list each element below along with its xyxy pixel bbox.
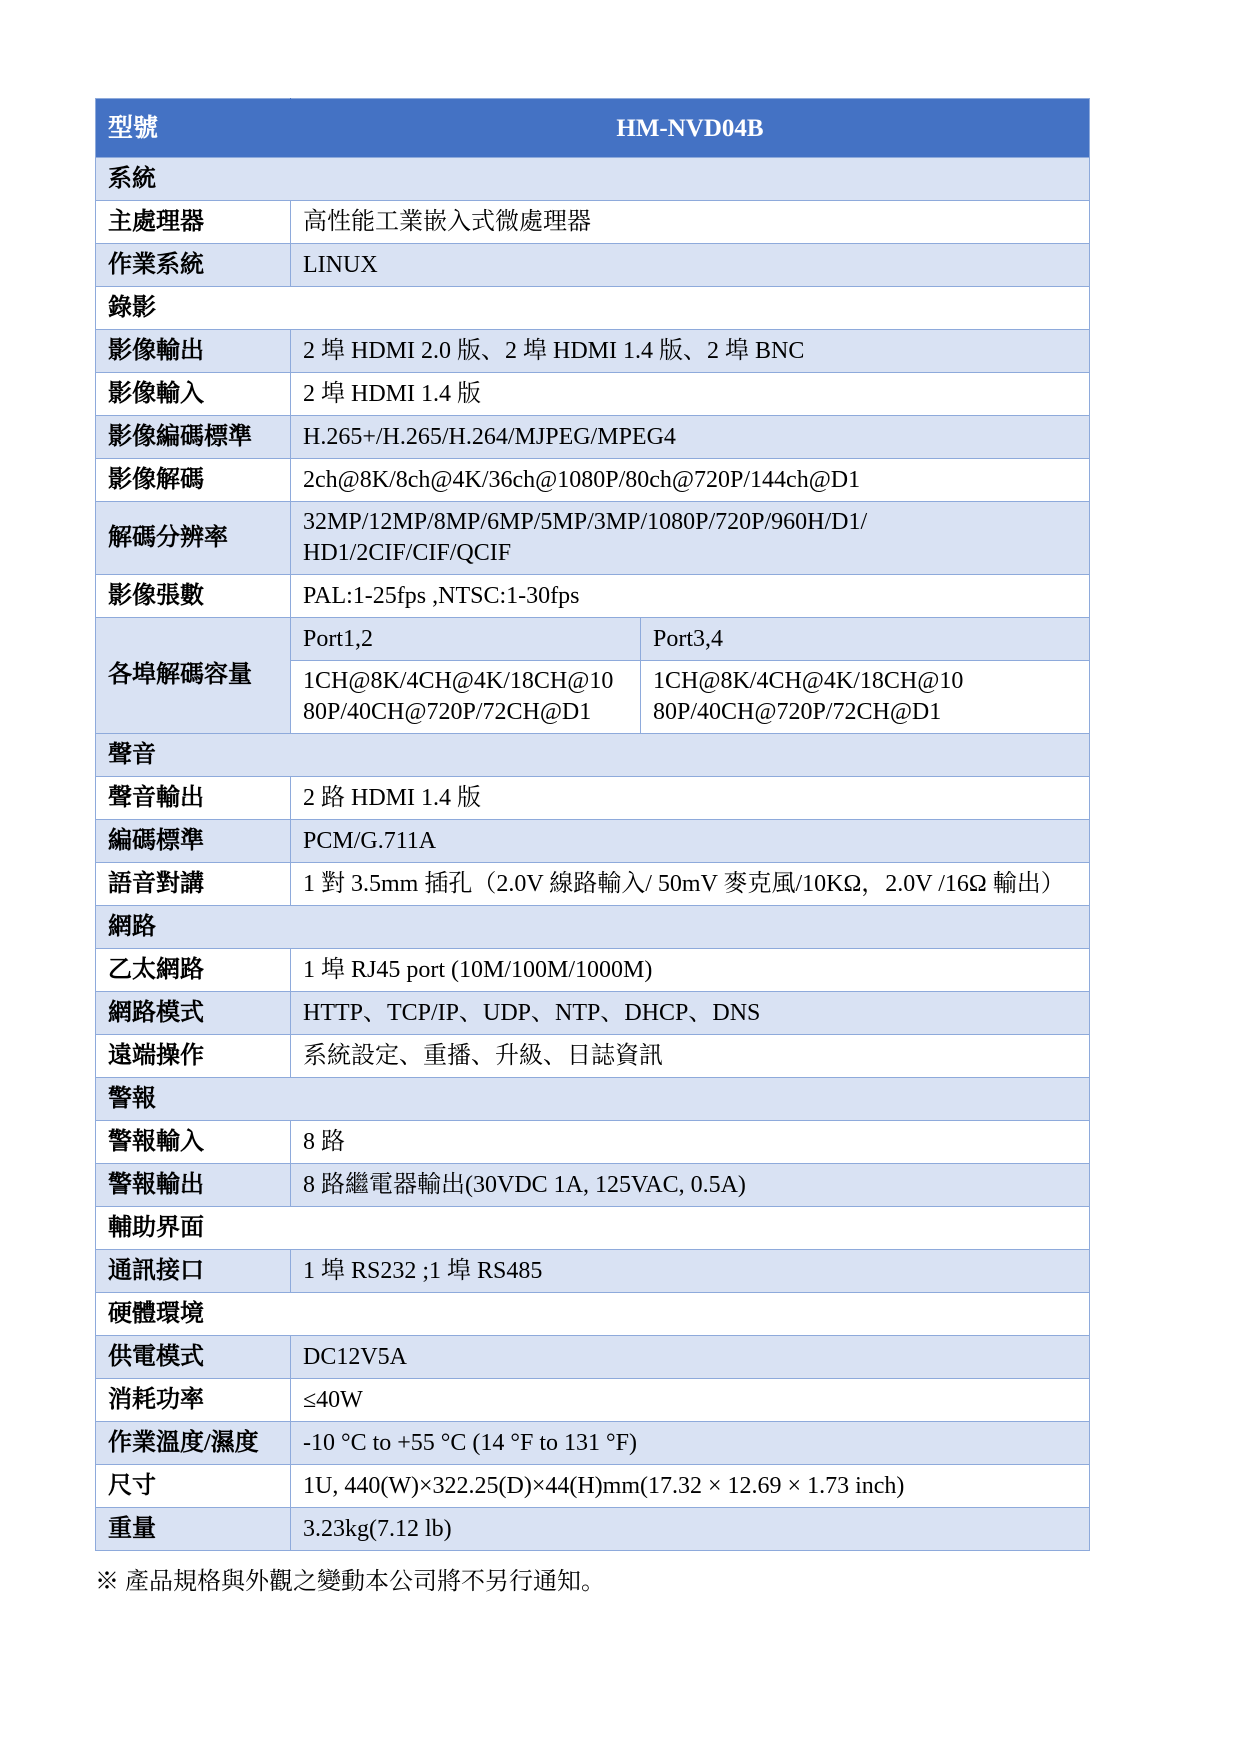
spec-row: 遠端操作系統設定、重播、升級、日誌資訊: [96, 1035, 1090, 1078]
spec-value: 1 對 3.5mm 插孔（2.0V 線路輸入/ 50mV 麥克風/10KΩ，2.…: [291, 863, 1090, 906]
spec-value: LINUX: [291, 244, 1090, 287]
section-title: 警報: [96, 1078, 1090, 1121]
spec-label: 各埠解碼容量: [96, 618, 291, 734]
spec-label: 影像編碼標準: [96, 416, 291, 459]
spec-label: 影像輸出: [96, 330, 291, 373]
spec-row: 供電模式DC12V5A: [96, 1336, 1090, 1379]
spec-label: 警報輸出: [96, 1164, 291, 1207]
spec-row: 語音對講1 對 3.5mm 插孔（2.0V 線路輸入/ 50mV 麥克風/10K…: [96, 863, 1090, 906]
spec-label: 尺寸: [96, 1465, 291, 1508]
spec-label: 編碼標準: [96, 820, 291, 863]
spec-row: 警報輸入8 路: [96, 1121, 1090, 1164]
spec-row: 重量3.23kg(7.12 lb): [96, 1508, 1090, 1551]
spec-value: H.265+/H.265/H.264/MJPEG/MPEG4: [291, 416, 1090, 459]
spec-row: 警報輸出8 路繼電器輸出(30VDC 1A, 125VAC, 0.5A): [96, 1164, 1090, 1207]
section-row: 錄影: [96, 287, 1090, 330]
spec-value: 2 埠 HDMI 2.0 版、2 埠 HDMI 1.4 版、2 埠 BNC: [291, 330, 1090, 373]
spec-row: 編碼標準PCM/G.711A: [96, 820, 1090, 863]
port-group-1-value: 1CH@8K/4CH@4K/18CH@10 80P/40CH@720P/72CH…: [291, 661, 641, 734]
spec-value: 8 路: [291, 1121, 1090, 1164]
spec-row: 影像解碼2ch@8K/8ch@4K/36ch@1080P/80ch@720P/1…: [96, 459, 1090, 502]
spec-value: 高性能工業嵌入式微處理器: [291, 201, 1090, 244]
spec-row: 影像編碼標準H.265+/H.265/H.264/MJPEG/MPEG4: [96, 416, 1090, 459]
port-group-2-value: 1CH@8K/4CH@4K/18CH@10 80P/40CH@720P/72CH…: [641, 661, 1090, 734]
spec-label: 作業系統: [96, 244, 291, 287]
spec-value: ≤40W: [291, 1379, 1090, 1422]
spec-row: 主處理器高性能工業嵌入式微處理器: [96, 201, 1090, 244]
section-title: 硬體環境: [96, 1293, 1090, 1336]
spec-row: 聲音輸出2 路 HDMI 1.4 版: [96, 777, 1090, 820]
section-row: 輔助界面: [96, 1207, 1090, 1250]
section-title: 聲音: [96, 734, 1090, 777]
section-row: 警報: [96, 1078, 1090, 1121]
section-row: 聲音: [96, 734, 1090, 777]
spec-value: 1U, 440(W)×322.25(D)×44(H)mm(17.32 × 12.…: [291, 1465, 1090, 1508]
section-row: 硬體環境: [96, 1293, 1090, 1336]
spec-row: 乙太網路1 埠 RJ45 port (10M/100M/1000M): [96, 949, 1090, 992]
spec-row: 消耗功率≤40W: [96, 1379, 1090, 1422]
section-title: 網路: [96, 906, 1090, 949]
section-title: 錄影: [96, 287, 1090, 330]
spec-value: PAL:1-25fps ,NTSC:1-30fps: [291, 575, 1090, 618]
spec-label: 通訊接口: [96, 1250, 291, 1293]
table-header-row: 型號 HM-NVD04B: [96, 99, 1090, 158]
section-title: 輔助界面: [96, 1207, 1090, 1250]
spec-label: 乙太網路: [96, 949, 291, 992]
spec-row: 解碼分辨率32MP/12MP/8MP/6MP/5MP/3MP/1080P/720…: [96, 502, 1090, 575]
spec-value: 1 埠 RJ45 port (10M/100M/1000M): [291, 949, 1090, 992]
spec-row: 影像輸入2 埠 HDMI 1.4 版: [96, 373, 1090, 416]
spec-value: 8 路繼電器輸出(30VDC 1A, 125VAC, 0.5A): [291, 1164, 1090, 1207]
spec-label: 影像張數: [96, 575, 291, 618]
spec-sheet-page: 型號 HM-NVD04B 系統 主處理器高性能工業嵌入式微處理器 作業系統LIN…: [0, 0, 1240, 1754]
spec-label: 遠端操作: [96, 1035, 291, 1078]
spec-value: PCM/G.711A: [291, 820, 1090, 863]
spec-value: -10 °C to +55 °C (14 °F to 131 °F): [291, 1422, 1090, 1465]
spec-label: 網路模式: [96, 992, 291, 1035]
section-row: 網路: [96, 906, 1090, 949]
spec-label: 影像解碼: [96, 459, 291, 502]
spec-value: DC12V5A: [291, 1336, 1090, 1379]
spec-label: 作業溫度/濕度: [96, 1422, 291, 1465]
spec-row: 影像輸出2 埠 HDMI 2.0 版、2 埠 HDMI 1.4 版、2 埠 BN…: [96, 330, 1090, 373]
spec-value: 32MP/12MP/8MP/6MP/5MP/3MP/1080P/720P/960…: [291, 502, 1090, 575]
spec-label: 供電模式: [96, 1336, 291, 1379]
section-title: 系統: [96, 158, 1090, 201]
spec-row: 作業溫度/濕度-10 °C to +55 °C (14 °F to 131 °F…: [96, 1422, 1090, 1465]
spec-value: 2 路 HDMI 1.4 版: [291, 777, 1090, 820]
spec-row: 通訊接口1 埠 RS232 ;1 埠 RS485: [96, 1250, 1090, 1293]
spec-label: 解碼分辨率: [96, 502, 291, 575]
spec-table: 型號 HM-NVD04B 系統 主處理器高性能工業嵌入式微處理器 作業系統LIN…: [95, 98, 1090, 1551]
spec-value: 系統設定、重播、升級、日誌資訊: [291, 1035, 1090, 1078]
footer-note: ※ 產品規格與外觀之變動本公司將不另行通知。: [95, 1567, 1240, 1597]
model-label: 型號: [96, 99, 291, 158]
spec-row-port-headers: 各埠解碼容量 Port1,2 Port3,4: [96, 618, 1090, 661]
spec-value: 2 埠 HDMI 1.4 版: [291, 373, 1090, 416]
spec-value: 3.23kg(7.12 lb): [291, 1508, 1090, 1551]
spec-value: 2ch@8K/8ch@4K/36ch@1080P/80ch@720P/144ch…: [291, 459, 1090, 502]
spec-label: 影像輸入: [96, 373, 291, 416]
spec-label: 語音對講: [96, 863, 291, 906]
spec-label: 聲音輸出: [96, 777, 291, 820]
spec-row: 網路模式HTTP、TCP/IP、UDP、NTP、DHCP、DNS: [96, 992, 1090, 1035]
spec-row: 影像張數PAL:1-25fps ,NTSC:1-30fps: [96, 575, 1090, 618]
spec-row: 作業系統LINUX: [96, 244, 1090, 287]
spec-label: 警報輸入: [96, 1121, 291, 1164]
spec-value: HTTP、TCP/IP、UDP、NTP、DHCP、DNS: [291, 992, 1090, 1035]
port-group-1-header: Port1,2: [291, 618, 641, 661]
spec-label: 主處理器: [96, 201, 291, 244]
spec-row: 尺寸1U, 440(W)×322.25(D)×44(H)mm(17.32 × 1…: [96, 1465, 1090, 1508]
model-value: HM-NVD04B: [291, 99, 1090, 158]
port-group-2-header: Port3,4: [641, 618, 1090, 661]
spec-label: 重量: [96, 1508, 291, 1551]
spec-value: 1 埠 RS232 ;1 埠 RS485: [291, 1250, 1090, 1293]
section-row: 系統: [96, 158, 1090, 201]
spec-label: 消耗功率: [96, 1379, 291, 1422]
